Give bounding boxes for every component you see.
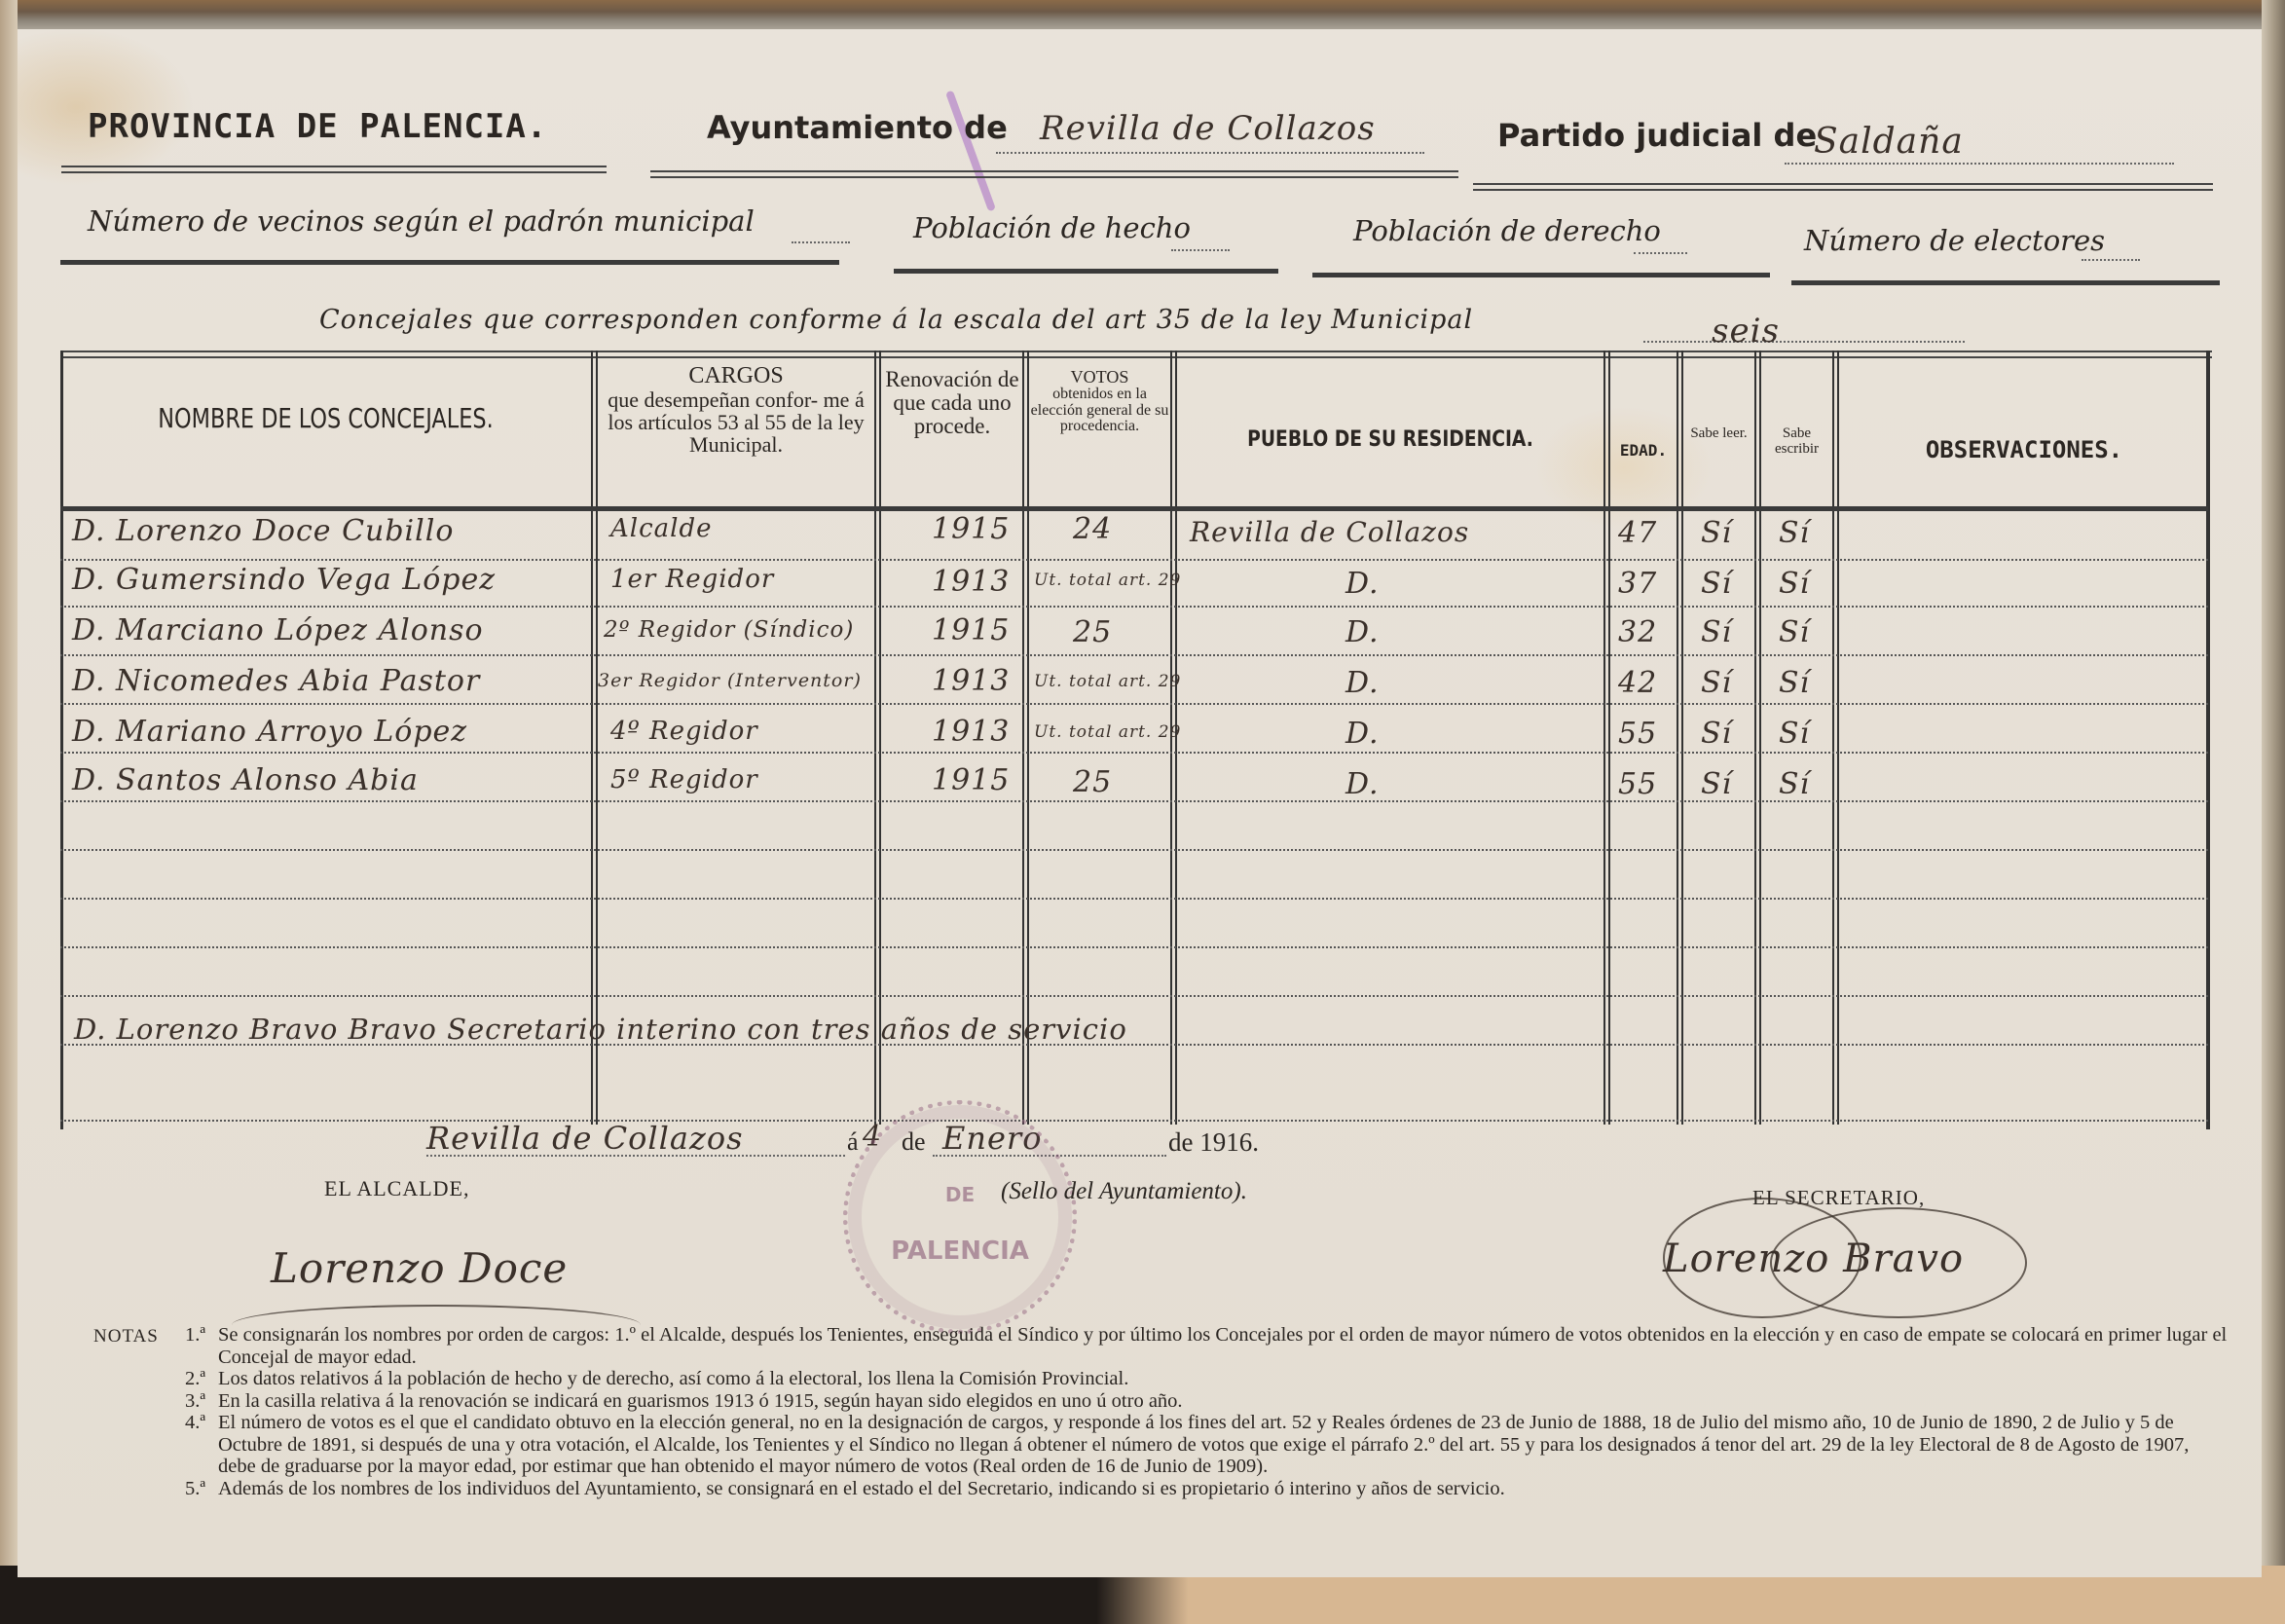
col-header-observaciones: OBSERVACIONES. [1839,438,2209,462]
row-rule [60,654,2208,656]
notes-section: NOTAS 1.ªSe consignarán los nombres por … [95,1324,2237,1499]
note-item: 1.ªSe consignarán los nombres por orden … [185,1324,2230,1368]
place-value: Revilla de Collazos [426,1120,744,1157]
col-sep [1832,351,1839,1125]
place-field: Revilla de Collazos [426,1120,845,1157]
cell-pueblo: D. [1345,567,1380,601]
col-header-cargos: CARGOS que desempeñan confor- me á los a… [598,364,874,456]
cell-pueblo: D. [1345,767,1380,801]
col-header-cargos-sub: que desempeñan confor- me á los artículo… [598,388,874,456]
col-sep [1603,351,1610,1125]
table-left-border [60,351,63,1129]
cell-renovacion: 1915 [932,613,1010,647]
a-label: á [847,1127,859,1157]
cell-edad: 55 [1618,767,1657,801]
cell-pueblo: D. [1345,717,1380,751]
cell-renovacion: 1913 [932,565,1010,599]
cell-votos: 24 [1073,512,1112,546]
row-rule [60,898,2208,900]
concejales-label: Concejales que corresponden conforme á l… [319,305,1473,335]
note-item: 4.ªEl número de votos es el que el candi… [185,1412,2230,1478]
note-number: 4.ª [185,1412,218,1478]
concejales-value: seis [1643,312,1780,351]
alcalde-label: EL ALCALDE, [324,1176,470,1201]
year-label: de 1916. [1168,1127,1259,1158]
vecinos-field [792,214,850,243]
row-rule [60,800,2208,802]
cell-sabe-escribir: Sí [1779,516,1810,550]
notes-label: NOTAS [93,1326,159,1348]
col-sep [1754,351,1761,1125]
row-rule [60,995,2208,997]
cell-votos: 25 [1073,765,1112,799]
table-right-border [2206,351,2210,1129]
divider [1312,273,1770,277]
cell-sabe-leer: Sí [1701,767,1732,801]
col-header-votos-sub: obtenidos en la elección general de su p… [1029,387,1170,435]
cell-cargo: 5º Regidor [610,765,758,794]
partido-value: Saldaña [1785,122,1964,162]
cell-nombre: D. Marciano López Alonso [72,613,484,647]
cell-cargo: Alcalde [610,514,713,543]
electores-field [2082,234,2140,261]
note-text: En la casilla relativa á la renovación s… [218,1390,1183,1413]
cell-votos: Ut. total art. 29 [1034,672,1181,691]
cell-pueblo: D. [1345,615,1380,649]
book-left-edge [0,0,18,1624]
cell-sabe-leer: Sí [1701,615,1732,649]
provincia-label: PROVINCIA DE PALENCIA. [88,107,547,146]
cell-edad: 47 [1618,516,1657,550]
col-header-nombre: NOMBRE DE LOS CONCEJALES. [114,404,538,432]
stamp-text-main: PALENCIA [848,1236,1072,1266]
signature-flourish [1770,1207,2027,1318]
cell-votos: 25 [1073,615,1112,649]
note-number: 2.ª [185,1368,218,1390]
note-text: El número de votos es el que el candidat… [218,1412,2230,1478]
ayuntamiento-label: Ayuntamiento de [707,109,1008,146]
cell-renovacion: 1915 [932,512,1010,546]
cell-sabe-leer: Sí [1701,567,1732,601]
book-top-edge [0,0,2285,29]
partido-field: Saldaña [1785,122,2174,165]
cell-edad: 42 [1618,666,1657,700]
divider [1791,280,2220,285]
col-sep [591,351,598,1125]
poblacion-derecho-label: Población de derecho [1353,214,1661,247]
row-rule [60,559,2208,561]
vecinos-label: Número de vecinos según el padrón munici… [88,204,755,238]
row-rule [60,946,2208,948]
cell-nombre: D. Nicomedes Abia Pastor [72,664,480,698]
cell-votos: Ut. total art. 29 [1034,571,1181,590]
cell-pueblo: Revilla de Collazos [1190,516,1469,548]
alcalde-signature: Lorenzo Doce [271,1244,568,1292]
table-top-rule [60,351,2212,358]
book-right-edge [2262,0,2285,1624]
concejales-table: NOMBRE DE LOS CONCEJALES. CARGOS que des… [60,351,2212,1129]
row-rule [60,849,2208,851]
ayuntamiento-stamp: DE PALENCIA [843,1100,1077,1334]
cell-renovacion: 1913 [932,715,1010,749]
note-number: 1.ª [185,1324,218,1368]
note-text: Los datos relativos á la población de he… [218,1368,1128,1390]
cell-nombre: D. Gumersindo Vega López [72,563,496,597]
cell-edad: 55 [1618,717,1657,751]
note-item: 2.ªLos datos relativos á la población de… [185,1368,2230,1390]
cell-sabe-leer: Sí [1701,666,1732,700]
divider [60,260,839,265]
divider [1473,183,2213,191]
cell-sabe-escribir: Sí [1779,767,1810,801]
electores-label: Número de electores [1804,224,2105,257]
divider [650,170,1458,178]
cell-nombre: D. Mariano Arroyo López [72,715,467,749]
partido-label: Partido judicial de [1497,117,1817,154]
col-header-cargos-title: CARGOS [598,364,874,388]
ayuntamiento-field: Revilla de Collazos [996,109,1424,154]
cell-cargo: 3er Regidor (Interventor) [598,670,862,691]
row-rule [60,703,2208,705]
row-rule [60,606,2208,608]
cell-cargo: 4º Regidor [610,717,758,746]
cell-sabe-leer: Sí [1701,717,1732,751]
poblacion-hecho-field [1171,224,1230,251]
note-item: 3.ªEn la casilla relativa á la renovació… [185,1390,2230,1413]
header-rule [60,506,2208,511]
cell-votos: Ut. total art. 29 [1034,722,1181,742]
col-sep [874,351,881,1125]
col-header-votos: VOTOS obtenidos en la elección general d… [1029,368,1170,435]
poblacion-derecho-field [1634,227,1687,254]
col-sep [1022,351,1029,1125]
note-text: Además de los nombres de los individuos … [218,1478,1505,1500]
cell-sabe-escribir: Sí [1779,567,1810,601]
row-rule [60,752,2208,754]
col-header-edad: EDAD. [1610,443,1677,460]
note-number: 5.ª [185,1478,218,1500]
col-header-sabe-leer: Sabe leer. [1683,426,1754,442]
cell-nombre: D. Lorenzo Doce Cubillo [72,514,454,548]
cell-sabe-escribir: Sí [1779,666,1810,700]
note-number: 3.ª [185,1390,218,1413]
secretario-entry: D. Lorenzo Bravo Bravo Secretario interi… [74,1013,1127,1046]
col-header-pueblo: PUEBLO DE SU RESIDENCIA. [1209,428,1571,451]
cell-renovacion: 1915 [932,763,1010,797]
note-item: 5.ªAdemás de los nombres de los individu… [185,1478,2230,1500]
cell-pueblo: D. [1345,666,1380,700]
sello-label: (Sello del Ayuntamiento). [1001,1178,1247,1205]
col-header-sabe-escribir: Sabe escribir [1761,426,1832,458]
cell-cargo: 2º Regidor (Síndico) [604,617,854,643]
cell-nombre: D. Santos Alonso Abia [72,763,419,797]
col-header-renovacion: Renovación de que cada uno procede. [882,368,1022,438]
cell-edad: 37 [1618,567,1657,601]
cell-sabe-leer: Sí [1701,516,1732,550]
concejales-field: seis [1643,312,1965,343]
poblacion-hecho-label: Población de hecho [913,211,1191,244]
cell-sabe-escribir: Sí [1779,615,1810,649]
cell-sabe-escribir: Sí [1779,717,1810,751]
cell-edad: 32 [1618,615,1657,649]
document-page: PROVINCIA DE PALENCIA. Ayuntamiento de R… [18,29,2262,1577]
col-sep [1677,351,1683,1125]
divider [894,269,1278,274]
divider [61,166,607,173]
cell-renovacion: 1913 [932,664,1010,698]
cell-cargo: 1er Regidor [610,565,774,594]
ayuntamiento-value: Revilla de Collazos [996,109,1376,148]
note-text: Se consignarán los nombres por orden de … [218,1324,2230,1368]
col-header-votos-title: VOTOS [1029,368,1170,387]
